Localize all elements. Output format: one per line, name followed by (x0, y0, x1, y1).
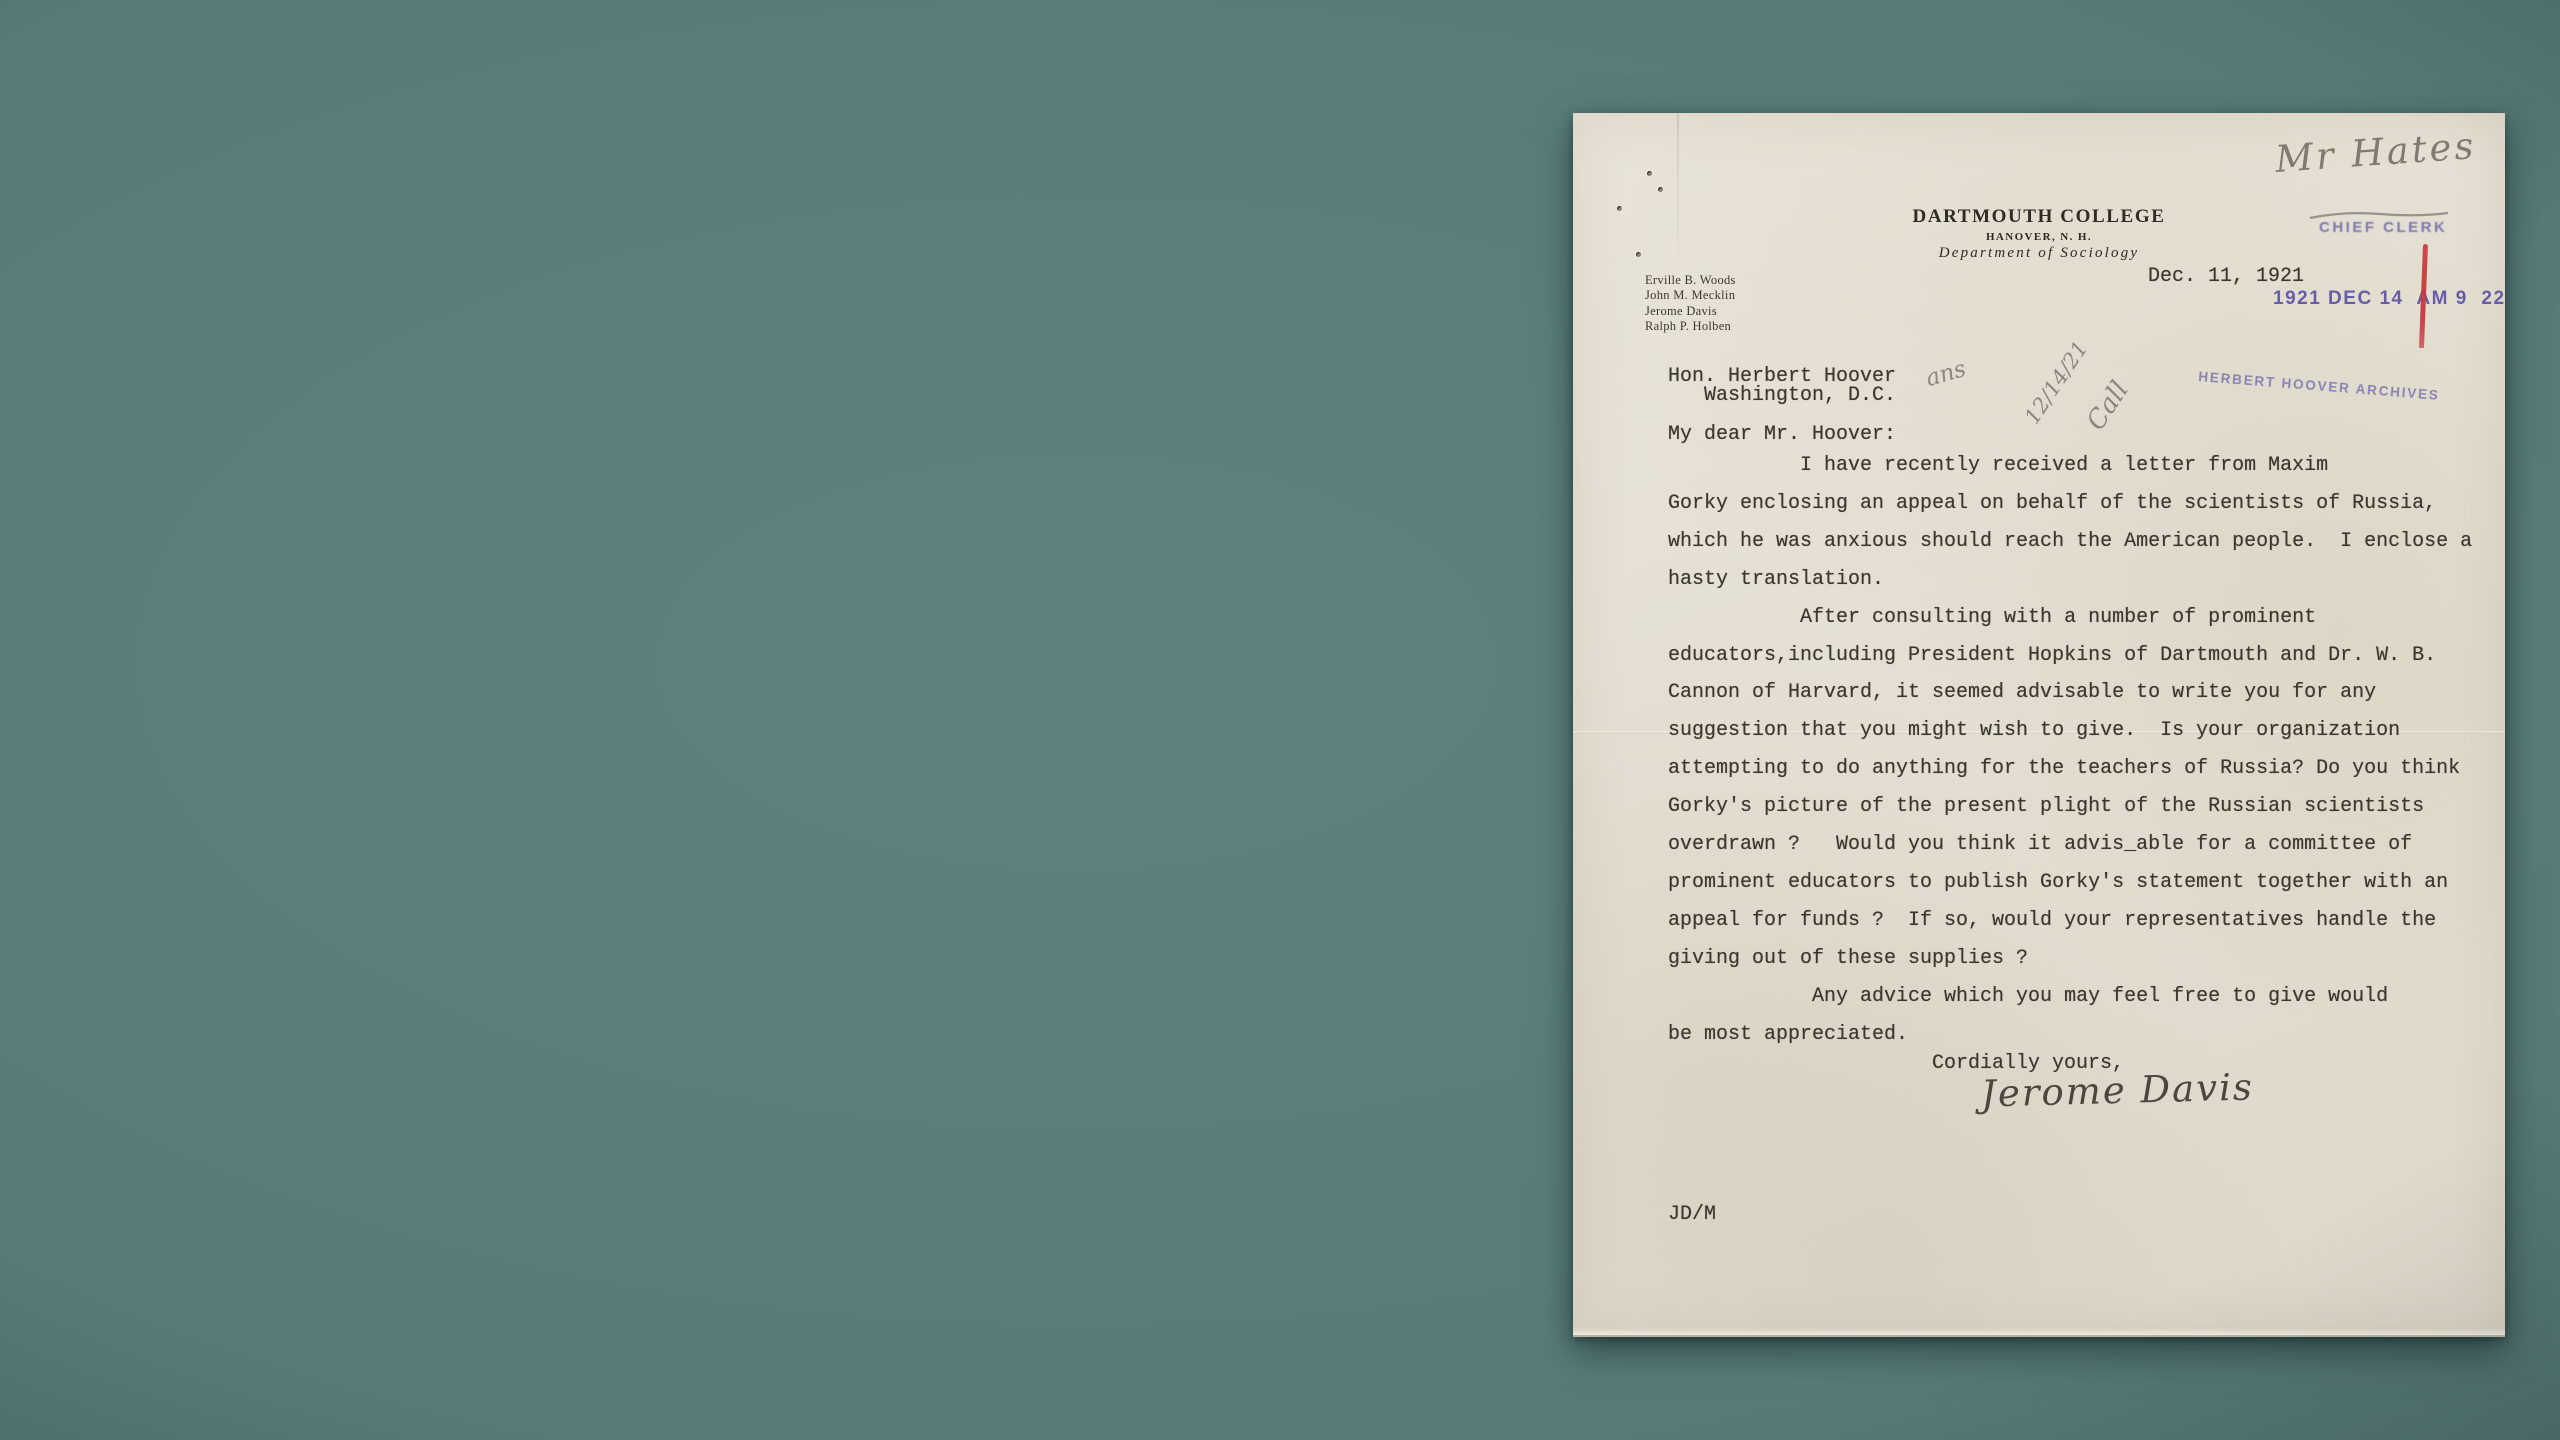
body-line: After consulting with a number of promin… (1668, 599, 2472, 637)
letterhead-department: Department of Sociology (1573, 245, 2505, 262)
letter-body: I have recently received a letter from M… (1668, 447, 2472, 1054)
faculty-name: Jerome Davis (1645, 304, 1736, 319)
pencil-note-date: 12/14/21 (2020, 337, 2093, 429)
faculty-name: John M. Mecklin (1645, 288, 1736, 303)
body-line: Cannon of Harvard, it seemed advisable t… (1668, 674, 2472, 712)
body-line: appeal for funds ? If so, would your rep… (1668, 902, 2472, 940)
body-line: hasty translation. (1668, 561, 2472, 599)
body-line: be most appreciated. (1668, 1016, 2472, 1054)
body-line: suggestion that you might wish to give. … (1668, 712, 2472, 750)
body-line: attempting to do anything for the teache… (1668, 750, 2472, 788)
salutation: My dear Mr. Hoover: (1668, 423, 1896, 446)
faculty-name: Ralph P. Holben (1645, 319, 1736, 334)
pinhole (1647, 171, 1652, 176)
body-line: Any advice which you may feel free to gi… (1668, 978, 2472, 1016)
date-line: Dec. 11, 1921 (2148, 265, 2304, 288)
recipient-address: Hon. Herbert Hoover Washington, D.C. (1668, 368, 1896, 405)
received-date-stamp: 1921 DEC 14 AM 9 22 (2273, 288, 2506, 310)
hoover-archives-stamp: HERBERT HOOVER ARCHIVES (2198, 369, 2440, 403)
pencil-routing-name: Mr Hates (2274, 124, 2478, 181)
body-line: I have recently received a letter from M… (1668, 447, 2472, 485)
body-line: overdrawn ? Would you think it advis_abl… (1668, 826, 2472, 864)
typist-initials: JD/M (1668, 1203, 1716, 1226)
body-line: prominent educators to publish Gorky's s… (1668, 864, 2472, 902)
scan-viewport: { "page": { "background_color": "#587b79… (0, 0, 2560, 1440)
faculty-list: Erville B. Woods John M. Mecklin Jerome … (1645, 273, 1736, 334)
recipient-line: Washington, D.C. (1668, 387, 1896, 406)
body-line: Gorky's picture of the present plight of… (1668, 788, 2472, 826)
body-line: Gorky enclosing an appeal on behalf of t… (1668, 485, 2472, 523)
pinhole (1658, 187, 1663, 192)
pencil-note-call: Call (2081, 376, 2135, 436)
signature-jerome-davis: Jerome Davis (1980, 1065, 2254, 1115)
pencil-note-ans: ans (1923, 356, 1969, 392)
pencil-underline-flourish (2308, 209, 2450, 228)
letter-page: DARTMOUTH COLLEGE HANOVER, N. H. Departm… (1573, 113, 2505, 1337)
body-line: which he was anxious should reach the Am… (1668, 523, 2472, 561)
body-line: giving out of these supplies ? (1668, 940, 2472, 978)
faculty-name: Erville B. Woods (1645, 273, 1736, 288)
body-line: educators,including President Hopkins of… (1668, 637, 2472, 675)
